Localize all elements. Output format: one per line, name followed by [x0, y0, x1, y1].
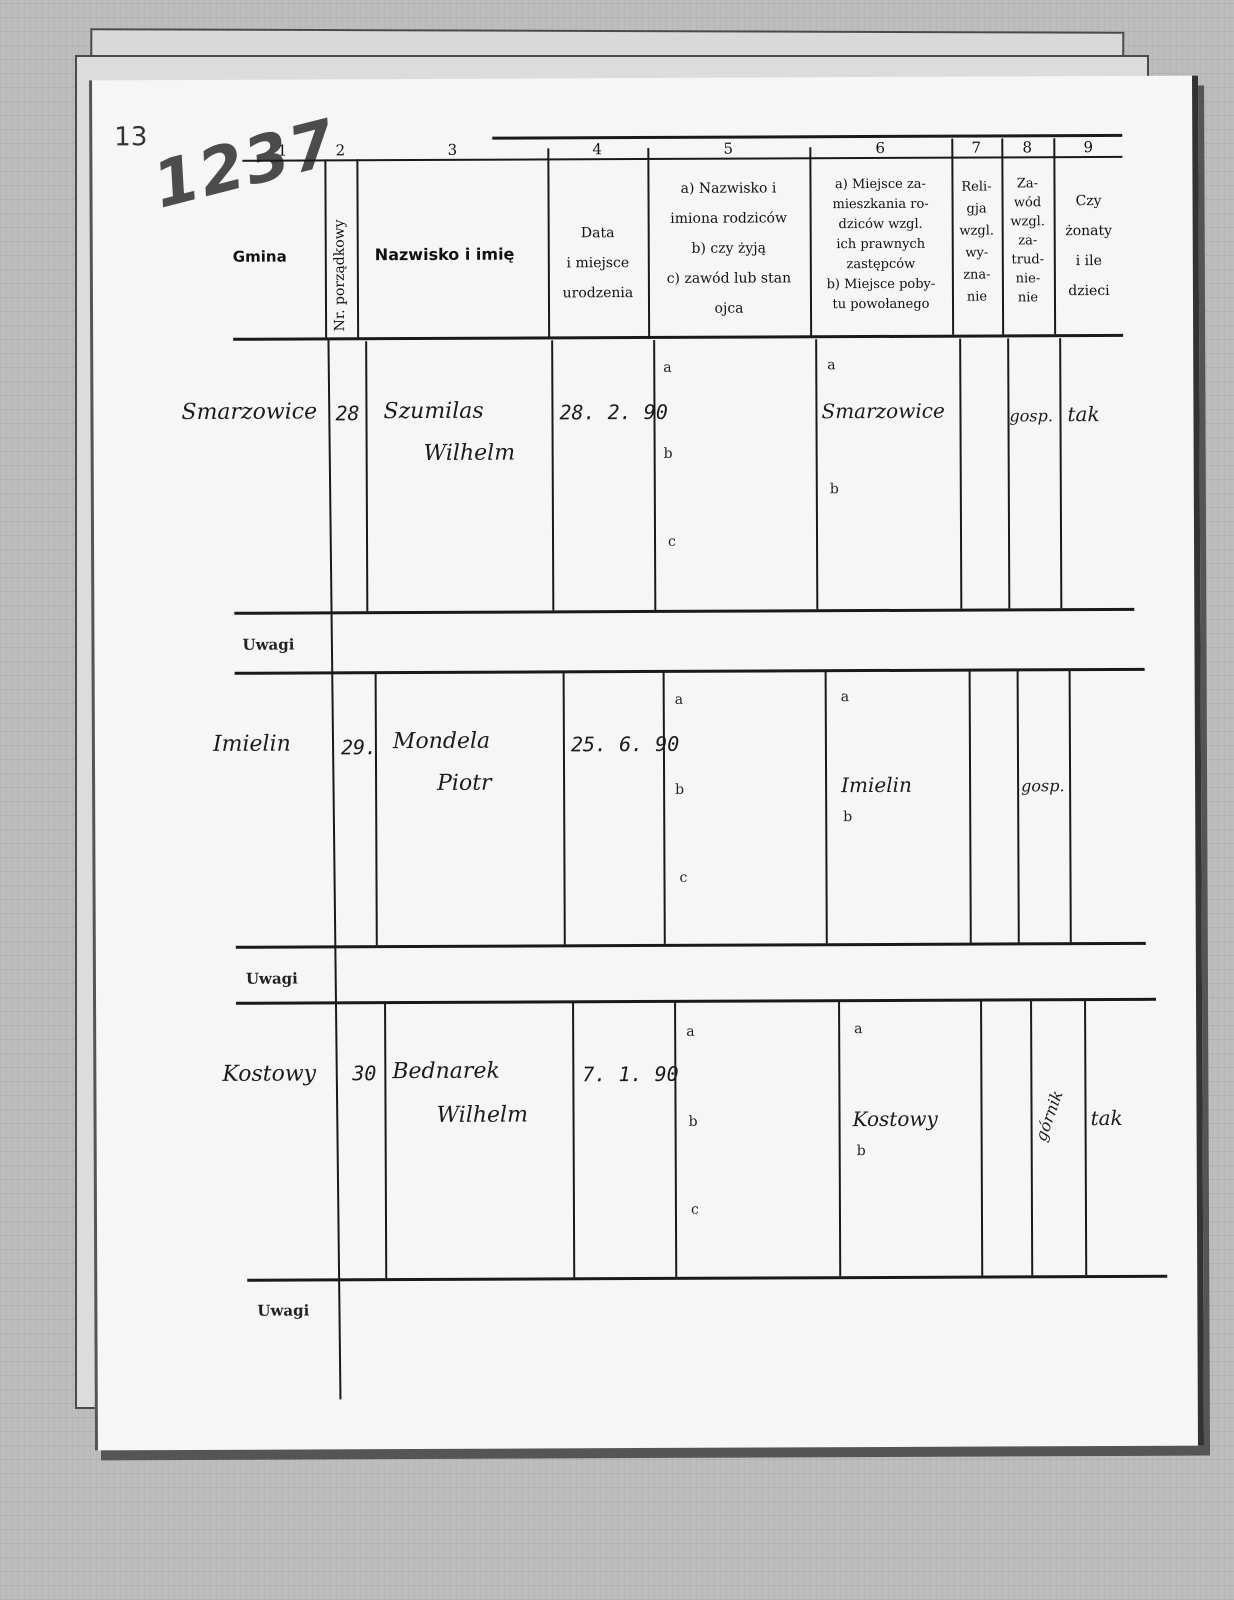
nr-value: 28 [335, 401, 359, 425]
sub-label-a: a [827, 357, 835, 373]
sub-label-b: b [843, 809, 852, 825]
col-header-birth: Data i miejsce urodzenia [549, 218, 647, 308]
surname-value: Mondela [393, 729, 490, 754]
given-name-value: Wilhelm [424, 441, 515, 466]
divider [1053, 138, 1056, 334]
col-header-name: Nazwisko i imię [375, 245, 515, 265]
occupation-value: gosp. [1009, 406, 1053, 425]
sub-label-a: a [854, 1021, 862, 1037]
col-number-1: 1 [242, 141, 322, 159]
row-rule [236, 998, 1156, 1005]
divider [951, 139, 954, 335]
divider [356, 159, 359, 339]
row-rule [236, 942, 1146, 949]
parents-residence-value: Kostowy [853, 1107, 938, 1131]
col-number-4: 4 [548, 140, 646, 158]
divider [324, 159, 327, 339]
row-rule [234, 608, 1134, 615]
col-number-3: 3 [357, 140, 547, 159]
nr-value: 29. [341, 735, 377, 759]
surname-value: Bednarek [392, 1059, 500, 1084]
married-value: tak [1091, 1106, 1123, 1130]
sub-label-a: a [663, 360, 671, 376]
gmina-value: Imielin [213, 732, 291, 757]
page-number: 13 [114, 122, 147, 152]
married-value: tak [1067, 402, 1099, 426]
sub-label-c: c [668, 534, 676, 550]
occupation-value: górnik [1031, 1088, 1067, 1144]
sub-label-b: b [675, 782, 684, 798]
given-name-value: Piotr [437, 771, 492, 796]
col-header-occupation: Za- wód wzgl. za- trud- nie- nie [1002, 174, 1053, 307]
col-header-nr: Nr. porządkowy [332, 219, 348, 331]
col-header-parents: a) Nazwisko i imiona rodziców b) czy żyj… [648, 173, 809, 324]
sub-label-a: a [686, 1024, 694, 1040]
sub-label-b: b [689, 1114, 698, 1130]
col-number-5: 5 [648, 139, 808, 158]
sub-label-c: c [679, 870, 687, 886]
remarks-label: Uwagi [257, 1301, 309, 1319]
sub-label-a: a [675, 692, 683, 708]
divider [1001, 138, 1004, 334]
birth-date-value: 25. 6. 90 [571, 732, 679, 756]
col-header-religion: Reli- gja wzgl. wy- zna- nie [952, 176, 1001, 308]
occupation-value: gosp. [1021, 776, 1065, 795]
nr-value: 30 [352, 1061, 376, 1085]
col-number-2: 2 [325, 141, 355, 159]
sub-label-b: b [664, 446, 673, 462]
sub-label-a: a [841, 689, 849, 705]
header-bottom-rule [233, 334, 1123, 341]
divider [547, 148, 550, 338]
gmina-value: Smarzowice [181, 399, 317, 425]
col-number-9: 9 [1054, 138, 1122, 156]
surname-value: Szumilas [383, 399, 483, 424]
register-page: 13 1237 1 2 3 4 5 6 7 8 9 Gmina Nr. porz… [89, 76, 1204, 1451]
sub-label-b: b [830, 481, 839, 497]
parents-residence-value: Smarzowice [821, 399, 944, 424]
remarks-label: Uwagi [246, 970, 298, 988]
row-rule [235, 668, 1145, 675]
col-header-residence: a) Miejsce za- mieszkania ro- dziców wzg… [810, 175, 951, 316]
parents-residence-value: Imielin [841, 773, 912, 797]
col-number-8: 8 [1002, 138, 1052, 156]
gmina-value: Kostowy [222, 1061, 316, 1086]
sub-label-b: b [857, 1143, 866, 1159]
col-number-6: 6 [810, 139, 950, 158]
given-name-value: Wilhelm [436, 1103, 527, 1128]
divider [327, 339, 341, 1399]
col-header-gmina: Gmina [233, 248, 287, 266]
remarks-label: Uwagi [242, 636, 294, 654]
col-header-married: Czy żonaty i ile dzieci [1054, 186, 1123, 306]
archive-number: 1237 [146, 106, 345, 224]
birth-date-value: 7. 1. 90 [582, 1062, 678, 1086]
birth-date-value: 28. 2. 90 [559, 400, 667, 424]
sub-label-c: c [691, 1202, 699, 1218]
col-number-7: 7 [952, 138, 1000, 156]
